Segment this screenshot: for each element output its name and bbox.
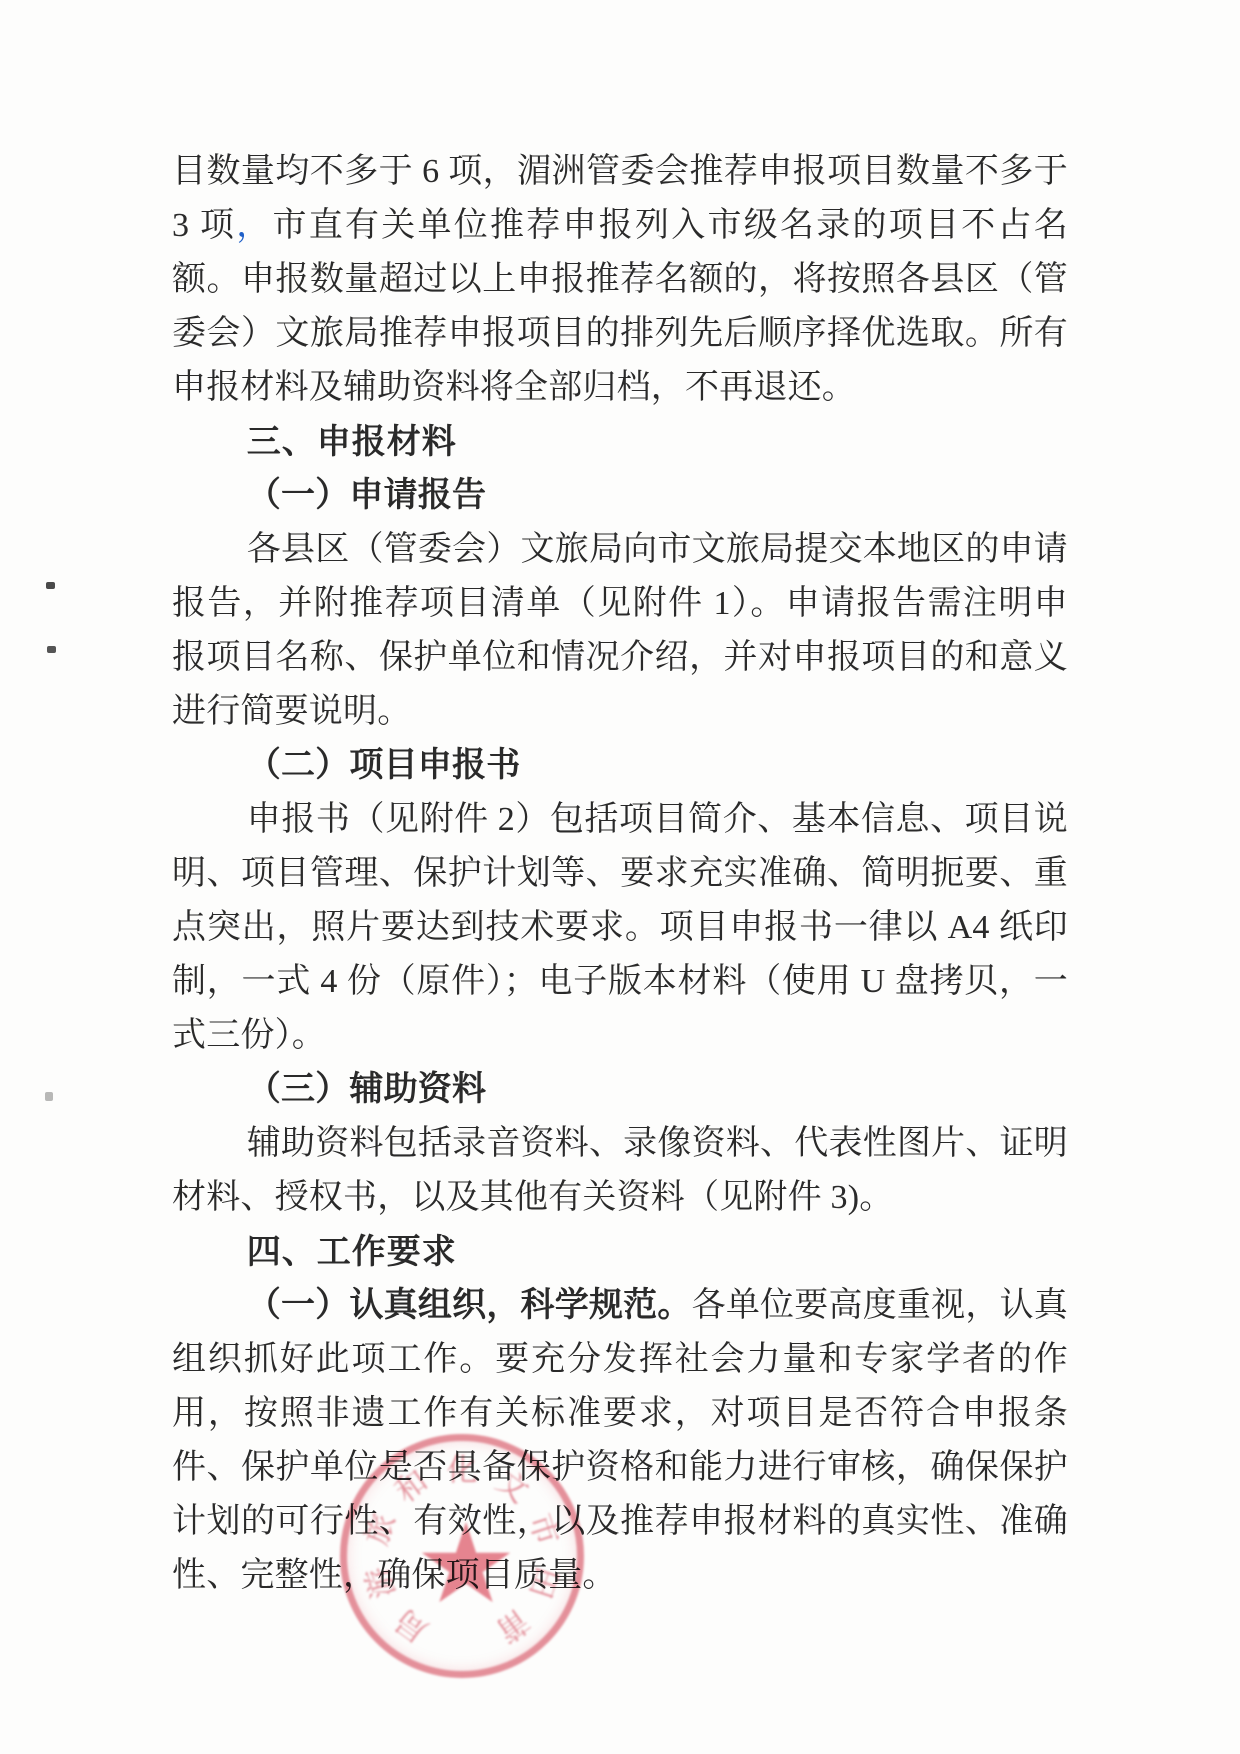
seal-char: 局 bbox=[384, 1601, 436, 1656]
scan-speck bbox=[46, 582, 55, 589]
section-3-sub-2-title: （二）项目申报书 bbox=[172, 739, 1068, 793]
seal-char: 莆 bbox=[489, 1601, 541, 1656]
section-3-sub-2-body: 申报书（见附件 2）包括项目简介、基本信息、项目说明、项目管理、保护计划等、要求… bbox=[172, 793, 1068, 1063]
section-3-sub-3-title: （三）辅助资料 bbox=[172, 1063, 1068, 1117]
text-run: 市直有关单位推荐申报列入市级名录的项目不占名额。申报数量超过以上申报推荐名额的，… bbox=[172, 207, 1068, 406]
document-page: 目数量均不多于 6 项，湄洲管委会推荐申报项目数量不多于 3 项，市直有关单位推… bbox=[0, 0, 1240, 1754]
section-4-item-1: （一）认真组织，科学规范。各单位要高度重视，认真组织抓好此项工作。要充分发挥社会… bbox=[172, 1279, 1068, 1603]
blue-comma: ， bbox=[236, 207, 272, 244]
section-3-sub-1-body: 各县区（管委会）文旅局向市文旅局提交本地区的申请报告，并附推荐项目清单（见附件 … bbox=[172, 523, 1068, 739]
section-3-sub-1-title: （一）申请报告 bbox=[172, 469, 1068, 523]
item-lead: （一）认真组织，科学规范。 bbox=[247, 1287, 692, 1324]
scan-speck bbox=[47, 646, 56, 653]
document-body: 目数量均不多于 6 项，湄洲管委会推荐申报项目数量不多于 3 项，市直有关单位推… bbox=[172, 145, 1068, 1603]
section-4-heading: 四、工作要求 bbox=[172, 1225, 1068, 1279]
text-run: 各单位要高度重视，认真组织抓好此项工作。要充分发挥社会力量和专家学者的作用，按照… bbox=[172, 1287, 1068, 1594]
section-3-sub-3-body: 辅助资料包括录音资料、录像资料、代表性图片、证明材料、授权书，以及其他有关资料（… bbox=[172, 1117, 1068, 1225]
section-3-heading: 三、申报材料 bbox=[172, 415, 1068, 469]
scan-speck bbox=[45, 1092, 53, 1101]
paragraph-continuation: 目数量均不多于 6 项，湄洲管委会推荐申报项目数量不多于 3 项，市直有关单位推… bbox=[172, 145, 1068, 415]
